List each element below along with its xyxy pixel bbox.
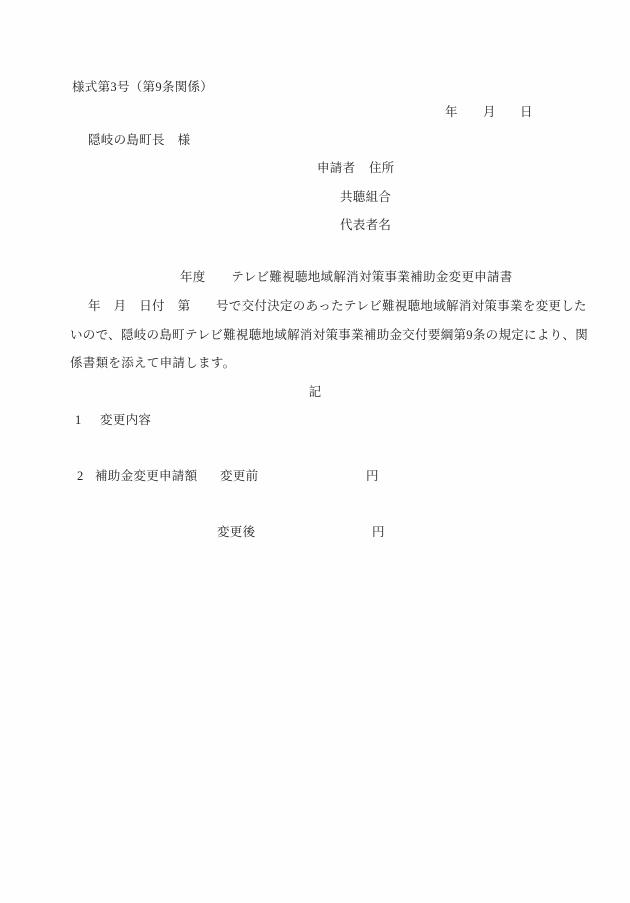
form-number: 様式第3号（第9条関係） bbox=[72, 79, 213, 95]
item2-before-label: 変更前 bbox=[220, 468, 258, 484]
applicant-label: 申請者 bbox=[317, 160, 355, 176]
addressee: 隠岐の島町長 様 bbox=[88, 132, 190, 148]
item1-label: 変更内容 bbox=[100, 412, 151, 428]
item2-after-label: 変更後 bbox=[217, 524, 255, 540]
date-day-label: 日 bbox=[520, 104, 533, 120]
item2-before-unit: 円 bbox=[366, 468, 379, 484]
body-paragraph-line1: 年 月 日付 第 号で交付決定のあったテレビ難視聴地域解消対策事業を変更した bbox=[88, 298, 587, 314]
item1-number: 1 bbox=[75, 412, 82, 428]
body-paragraph-line3: 係書類を添えて申請します。 bbox=[70, 355, 235, 371]
body-paragraph-line2: いので、隠岐の島町テレビ難視聴地域解消対策事業補助金交付要綱第9条の規定により、… bbox=[70, 327, 588, 343]
applicant-representative-label: 代表者名 bbox=[340, 217, 391, 233]
document-title: 年度 テレビ難視聴地域解消対策事業補助金変更申請書 bbox=[180, 269, 513, 285]
date-month-label: 月 bbox=[483, 104, 496, 120]
date-year-label: 年 bbox=[445, 104, 458, 120]
item2-number: 2 bbox=[77, 468, 84, 484]
item2-label: 補助金変更申請額 bbox=[95, 468, 197, 484]
application-form-page: 様式第3号（第9条関係） 年 月 日 隠岐の島町長 様 申請者 住所 共聴組合 … bbox=[0, 0, 630, 903]
applicant-address-label: 住所 bbox=[369, 160, 395, 176]
record-marker: 記 bbox=[0, 384, 630, 400]
applicant-union-label: 共聴組合 bbox=[340, 189, 391, 205]
item2-after-unit: 円 bbox=[372, 524, 385, 540]
